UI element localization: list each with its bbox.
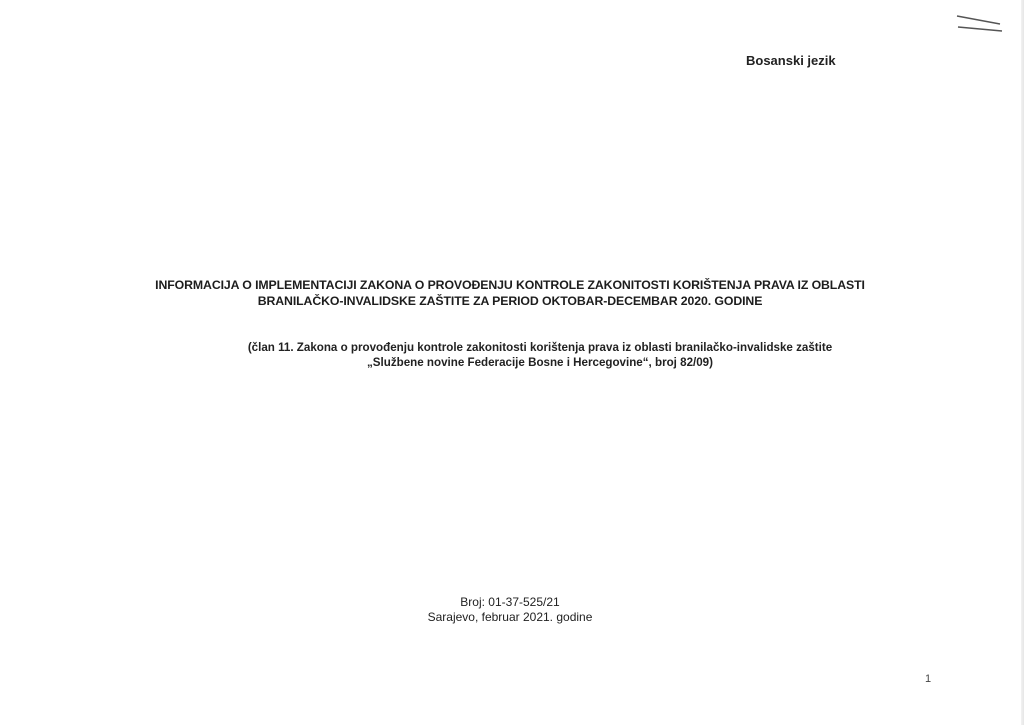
subtitle-line-2: „Službene novine Federacije Bosne i Herc…: [140, 355, 940, 370]
subtitle-line-1: (član 11. Zakona o provođenju kontrole z…: [140, 340, 940, 355]
page-number: 1: [925, 673, 931, 685]
document-subtitle: (član 11. Zakona o provođenju kontrole z…: [140, 340, 940, 370]
language-label: Bosanski jezik: [746, 53, 836, 68]
title-line-2: BRANILAČKO-INVALIDSKE ZAŠTITE ZA PERIOD …: [100, 293, 920, 309]
document-reference: Broj: 01-37-525/21 Sarajevo, februar 202…: [350, 595, 670, 625]
title-line-1: INFORMACIJA O IMPLEMENTACIJI ZAKONA O PR…: [100, 277, 920, 293]
handwritten-marks-icon: [950, 10, 1010, 40]
document-title: INFORMACIJA O IMPLEMENTACIJI ZAKONA O PR…: [100, 277, 920, 309]
place-date: Sarajevo, februar 2021. godine: [350, 610, 670, 625]
reference-number: Broj: 01-37-525/21: [350, 595, 670, 610]
